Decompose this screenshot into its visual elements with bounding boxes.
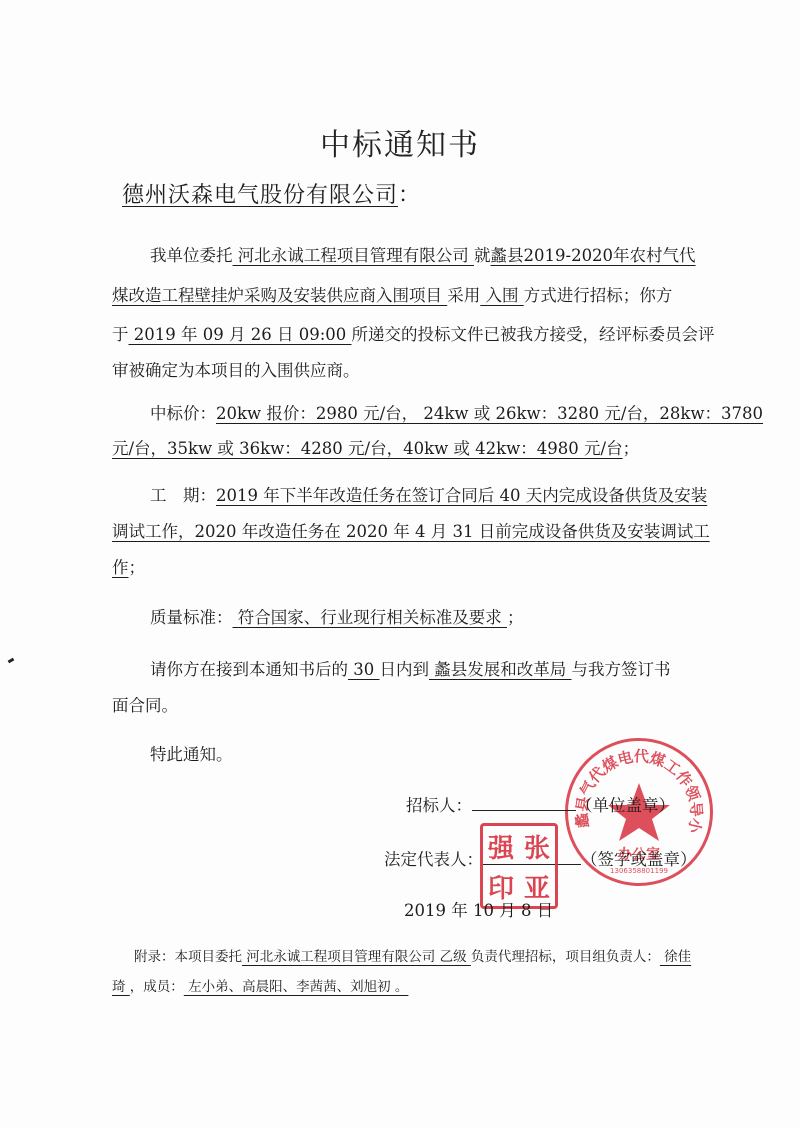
scan-speck — [8, 658, 15, 664]
tender-method: 入围 — [480, 286, 524, 305]
addressee-colon: ： — [398, 183, 421, 208]
quality-label: 质量标准： — [150, 608, 233, 627]
schedule-line3: 作； — [112, 554, 145, 578]
representative-note: （签字或盖章） — [581, 850, 697, 869]
appendix-agency: 河北永诚工程项目管理有限公司 乙级 — [242, 949, 471, 965]
addressee-company: 德州沃森电气股份有限公司 — [122, 183, 398, 208]
addressee: 德州沃森电气股份有限公司： — [122, 178, 421, 209]
seal-char: 强 — [488, 828, 514, 865]
schedule-line2: 调试工作，2020 年改造任务在 2020 年 4 月 31 日前完成设备供货及… — [112, 518, 710, 542]
price-line1: 中标价：20kw 报价：2980 元/台， 24kw 或 26kw：3280 元… — [150, 400, 763, 424]
document-title: 中标通知书 — [0, 120, 800, 164]
team-members: 左小弟、高晨阳、李茜茜、刘旭初 。 — [184, 979, 409, 995]
price-list: 20kw 报价：2980 元/台， 24kw 或 26kw：3280 元/台，2… — [216, 404, 763, 423]
issue-date: 2019 年 10 月 8 日 — [404, 897, 553, 921]
representative-label: 法定代表人： — [384, 850, 483, 869]
tenderer-line: 招标人：（单位盖章） — [406, 792, 675, 816]
contract-line2: 面合同。 — [112, 692, 178, 716]
para1-line4: 审被确定为本项目的入围供应商。 — [112, 357, 360, 381]
contract-days: 30 — [348, 660, 380, 679]
schedule-line1: 工 期：2019 年下半年改造任务在签订合同后 40 天内完成设备供货及安装 — [150, 482, 707, 506]
quality-line: 质量标准： 符合国家、行业现行相关标准及要求 ； — [150, 604, 524, 628]
tenderer-note: （单位盖章） — [576, 796, 675, 815]
project-leader: 徐佳 — [660, 949, 691, 965]
para1-line2: 煤改造工程壁挂炉采购及安装供应商入围项目 采用 入围 方式进行招标；你方 — [112, 282, 672, 306]
contract-line1: 请你方在接到本通知书后的 30 日内到 蠡县发展和改革局 与我方签订书 — [150, 656, 671, 680]
submission-time: 2019 年 09 月 26 日 09:00 — [129, 325, 352, 344]
appendix-line1: 附录：本项目委托 河北永诚工程项目管理有限公司 乙级 负责代理招标，项目组负责人… — [134, 945, 691, 965]
contract-place: 蠡县发展和改革局 — [429, 660, 572, 679]
quality-value: 符合国家、行业现行相关标准及要求 — [233, 608, 508, 627]
notice-text: 特此通知。 — [150, 741, 233, 765]
agency-name: 河北永诚工程项目管理有限公司 — [233, 246, 475, 265]
tenderer-blank — [472, 809, 576, 811]
appendix-line2: 琦 ，成员： 左小弟、高晨阳、李茜茜、刘旭初 。 — [112, 975, 408, 995]
price-label: 中标价： — [150, 404, 216, 423]
project-name: 蠡县2019-2020年农村气代 — [491, 246, 696, 265]
schedule-label: 工 期： — [150, 486, 216, 505]
para1-line1: 我单位委托 河北永诚工程项目管理有限公司 就蠡县2019-2020年农村气代 — [150, 242, 696, 266]
price-line2: 元/台，35kw 或 36kw：4280 元/台，40kw 或 42kw：498… — [112, 435, 639, 459]
seal-char: 张 — [524, 828, 550, 865]
tenderer-label: 招标人： — [406, 796, 472, 815]
para1-line3: 于 2019 年 09 月 26 日 09:00 所递交的投标文件已被我方接受，… — [112, 321, 715, 345]
